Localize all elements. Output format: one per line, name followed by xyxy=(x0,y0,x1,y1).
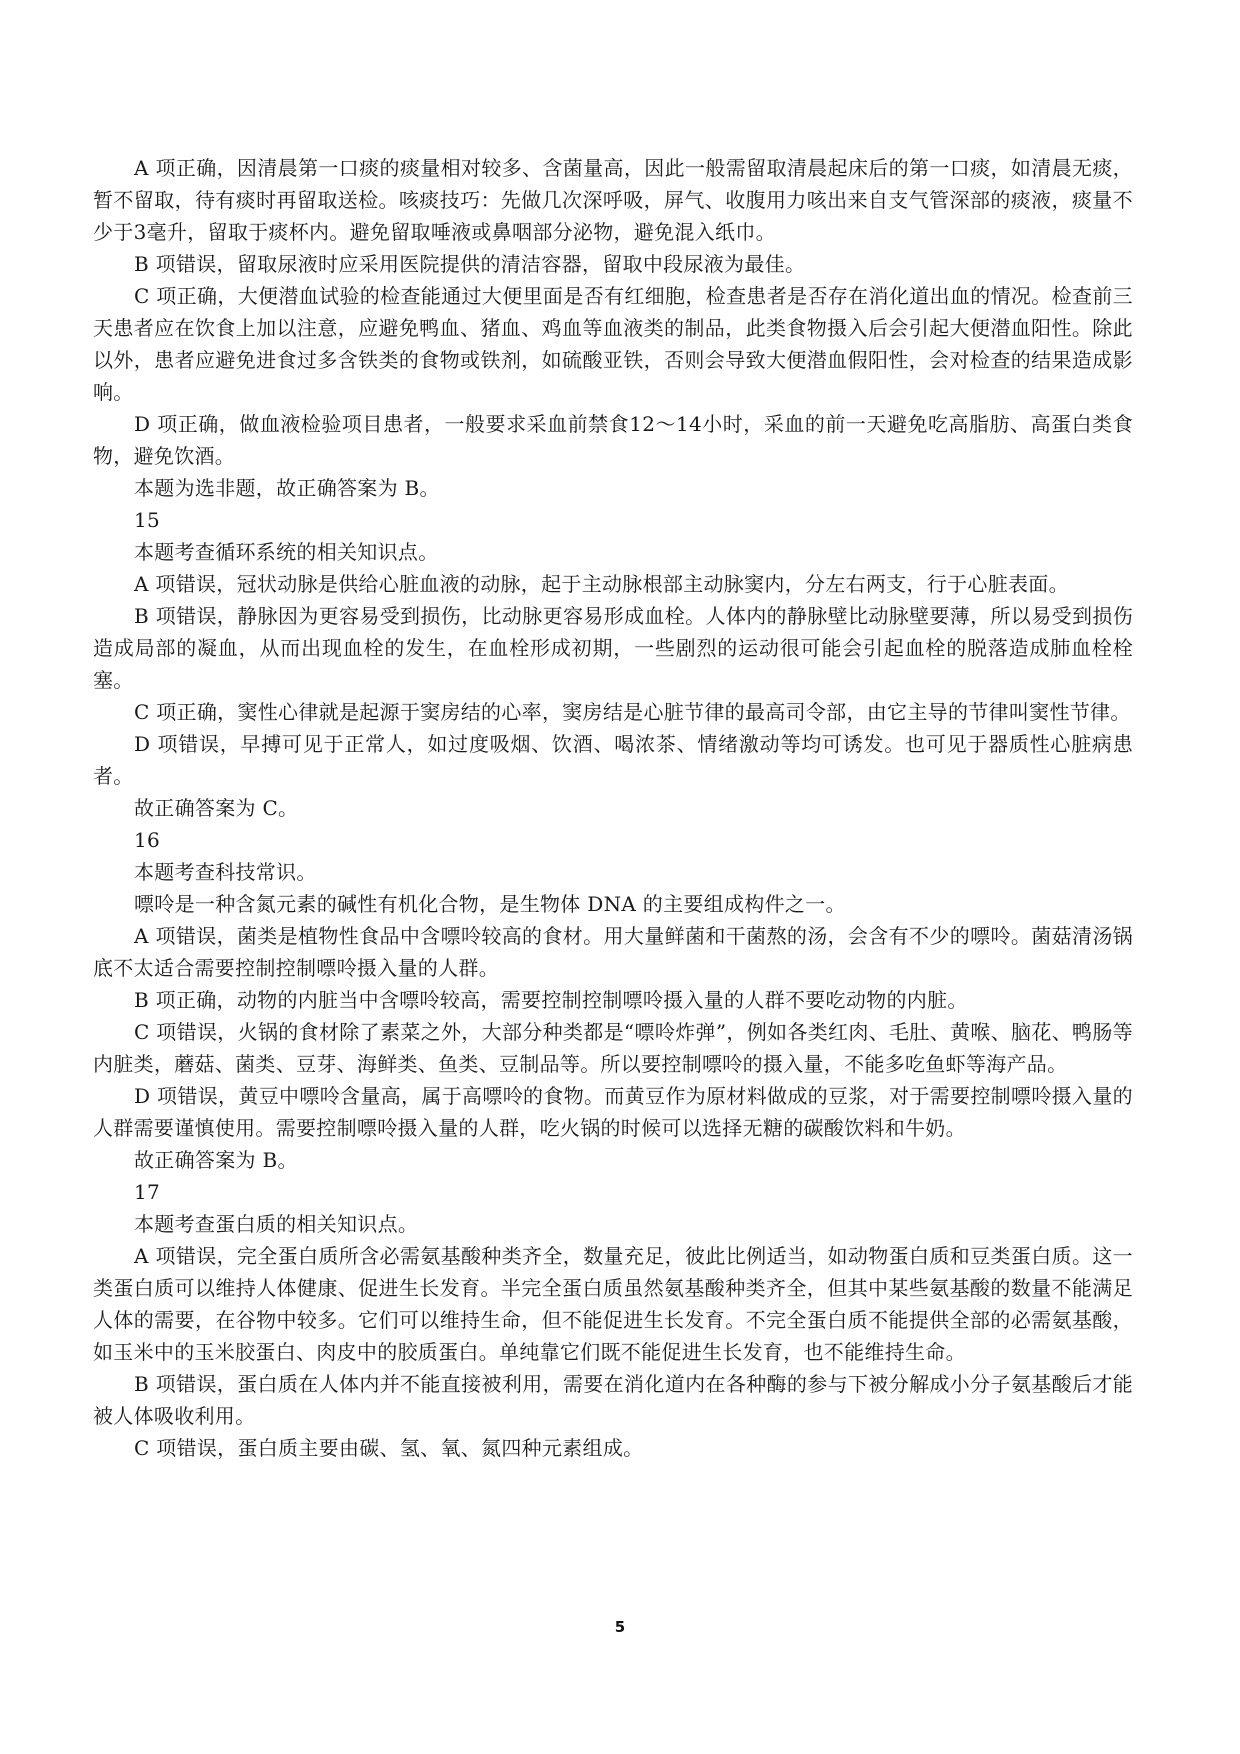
answer-explanation-16-option-a: A 项错误，菌类是植物性食品中含嘌呤较高的食材。用大量鲜菌和干菌熬的汤，会含有不… xyxy=(93,920,1133,984)
answer-explanation-15-option-b: B 项错误，静脉因为更容易受到损伤，比动脉更容易形成血栓。人体内的静脉壁比动脉壁… xyxy=(93,600,1133,696)
answer-explanation-16-option-b: B 项正确，动物的内脏当中含嘌呤较高，需要控制控制嘌呤摄入量的人群不要吃动物的内… xyxy=(93,984,1133,1016)
question-number-16: 16 xyxy=(93,824,1133,856)
background-note-16: 嘌呤是一种含氮元素的碱性有机化合物，是生物体 DNA 的主要组成构件之一。 xyxy=(93,888,1133,920)
answer-conclusion-14: 本题为选非题，故正确答案为 B。 xyxy=(93,472,1133,504)
answer-explanation-16-option-c: C 项错误，火锅的食材除了素菜之外，大部分种类都是“嘌呤炸弹”，例如各类红肉、毛… xyxy=(93,1016,1133,1080)
answer-explanation-14-option-c: C 项正确，大便潜血试验的检查能通过大便里面是否有红细胞，检查患者是否存在消化道… xyxy=(93,280,1133,408)
answer-explanation-17-option-a: A 项错误，完全蛋白质所含必需氨基酸种类齐全，数量充足，彼此比例适当，如动物蛋白… xyxy=(93,1240,1133,1368)
answer-conclusion-15: 故正确答案为 C。 xyxy=(93,792,1133,824)
answer-explanation-14-option-d: D 项正确，做血液检验项目患者，一般要求采血前禁食12～14小时，采血的前一天避… xyxy=(93,408,1133,472)
answer-explanation-17-option-b: B 项错误，蛋白质在人体内并不能直接被利用，需要在消化道内在各种酶的参与下被分解… xyxy=(93,1368,1133,1432)
answer-conclusion-16: 故正确答案为 B。 xyxy=(93,1144,1133,1176)
page-number: 5 xyxy=(0,1618,1240,1636)
document-body: A 项正确，因清晨第一口痰的痰量相对较多、含菌量高，因此一般需留取清晨起床后的第… xyxy=(93,152,1133,1464)
answer-explanation-15-option-c: C 项正确，窦性心律就是起源于窦房结的心率，窦房结是心脏节律的最高司令部，由它主… xyxy=(93,696,1133,728)
question-topic-15: 本题考查循环系统的相关知识点。 xyxy=(93,536,1133,568)
answer-explanation-17-option-c: C 项错误，蛋白质主要由碳、氢、氧、氮四种元素组成。 xyxy=(93,1432,1133,1464)
answer-explanation-15-option-d: D 项错误，早搏可见于正常人，如过度吸烟、饮酒、喝浓茶、情绪激动等均可诱发。也可… xyxy=(93,728,1133,792)
answer-explanation-15-option-a: A 项错误，冠状动脉是供给心脏血液的动脉，起于主动脉根部主动脉窦内，分左右两支，… xyxy=(93,568,1133,600)
question-topic-17: 本题考查蛋白质的相关知识点。 xyxy=(93,1208,1133,1240)
answer-explanation-16-option-d: D 项错误，黄豆中嘌呤含量高，属于高嘌呤的食物。而黄豆作为原材料做成的豆浆，对于… xyxy=(93,1080,1133,1144)
question-topic-16: 本题考查科技常识。 xyxy=(93,856,1133,888)
answer-explanation-14-option-b: B 项错误，留取尿液时应采用医院提供的清洁容器，留取中段尿液为最佳。 xyxy=(93,248,1133,280)
answer-explanation-14-option-a: A 项正确，因清晨第一口痰的痰量相对较多、含菌量高，因此一般需留取清晨起床后的第… xyxy=(93,152,1133,248)
question-number-15: 15 xyxy=(93,504,1133,536)
question-number-17: 17 xyxy=(93,1176,1133,1208)
